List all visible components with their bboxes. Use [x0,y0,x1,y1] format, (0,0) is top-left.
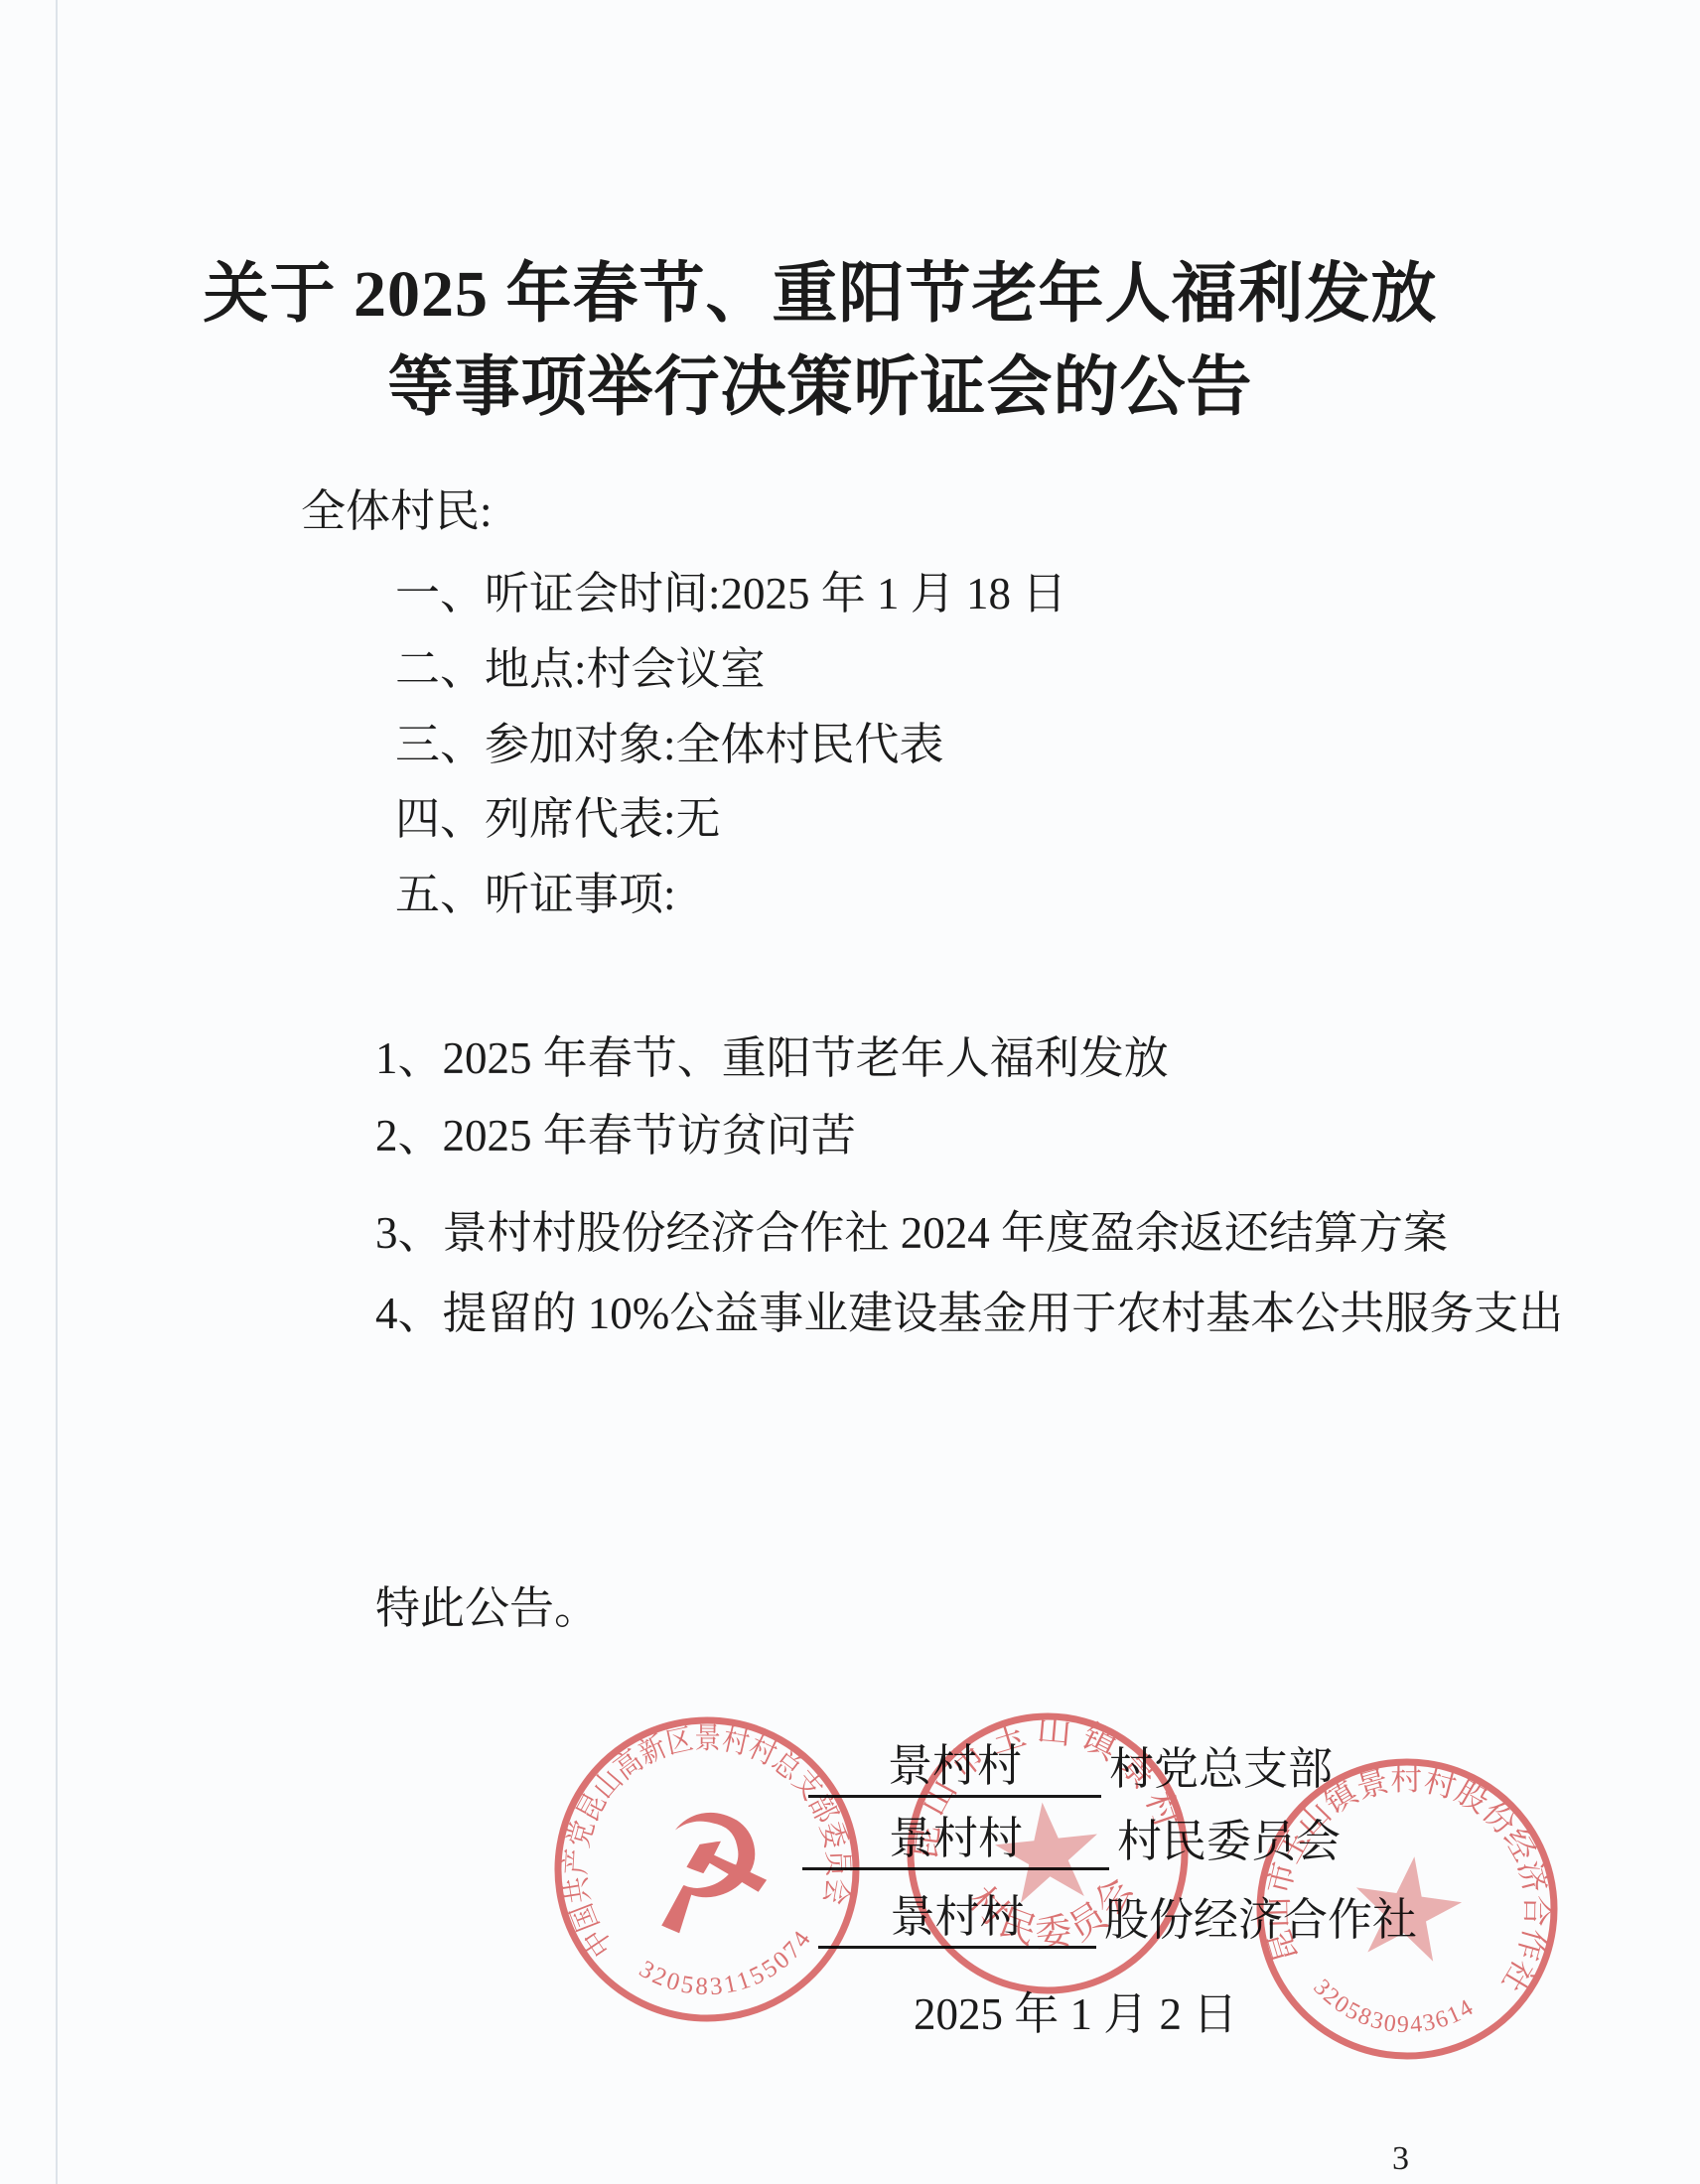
star-icon: ★ [1334,1821,1480,1998]
village-committee-stamp: 昆山市玉山镇景村 村民委员会 ★ [899,1705,1197,2002]
meeting-observers-line: 四、列席代表:无 [395,793,721,845]
meeting-place-line: 二、地点:村会议室 [395,643,766,695]
hearing-matters-heading: 五、听证事项: [395,869,676,920]
meeting-time-line: 一、听证会时间:2025 年 1 月 18 日 [395,568,1066,619]
hammer-sickle-icon: ☭ [622,1770,794,1975]
title-line-1: 关于 2025 年春节、重阳节老年人福利发放 [0,248,1640,341]
meeting-participants-line: 三、参加对象:全体村民代表 [395,719,944,770]
hearing-item-2: 2、2025 年春节访贫问苦 [375,1110,856,1161]
document-page: 关于 2025 年春节、重阳节老年人福利发放 等事项举行决策听证会的公告 全体村… [0,0,1700,2184]
cooperative-stamp: 昆山市玉山镇景村村股份经济合作社 3205830943614 ★ [1248,1750,1566,2068]
salutation: 全体村民: [301,485,493,537]
hearing-item-1: 1、2025 年春节、重阳节老年人福利发放 [375,1032,1169,1084]
document-title: 关于 2025 年春节、重阳节老年人福利发放 等事项举行决策听证会的公告 [0,248,1640,435]
title-line-2: 等事项举行决策听证会的公告 [0,341,1640,435]
hearing-item-4: 4、提留的 10%公益事业建设基金用于农村基本公共服务支出 [375,1288,1563,1339]
hearing-item-3: 3、景村村股份经济合作社 2024 年度盈余返还结算方案 [375,1207,1448,1259]
party-branch-stamp: 中国共产党昆山高新区景村村总支部委员会 3205831155074 ☭ [543,1706,871,2033]
star-icon: ★ [980,1769,1116,1937]
closing-statement: 特此公告。 [375,1582,599,1634]
page-number: 3 [1392,2140,1409,2178]
